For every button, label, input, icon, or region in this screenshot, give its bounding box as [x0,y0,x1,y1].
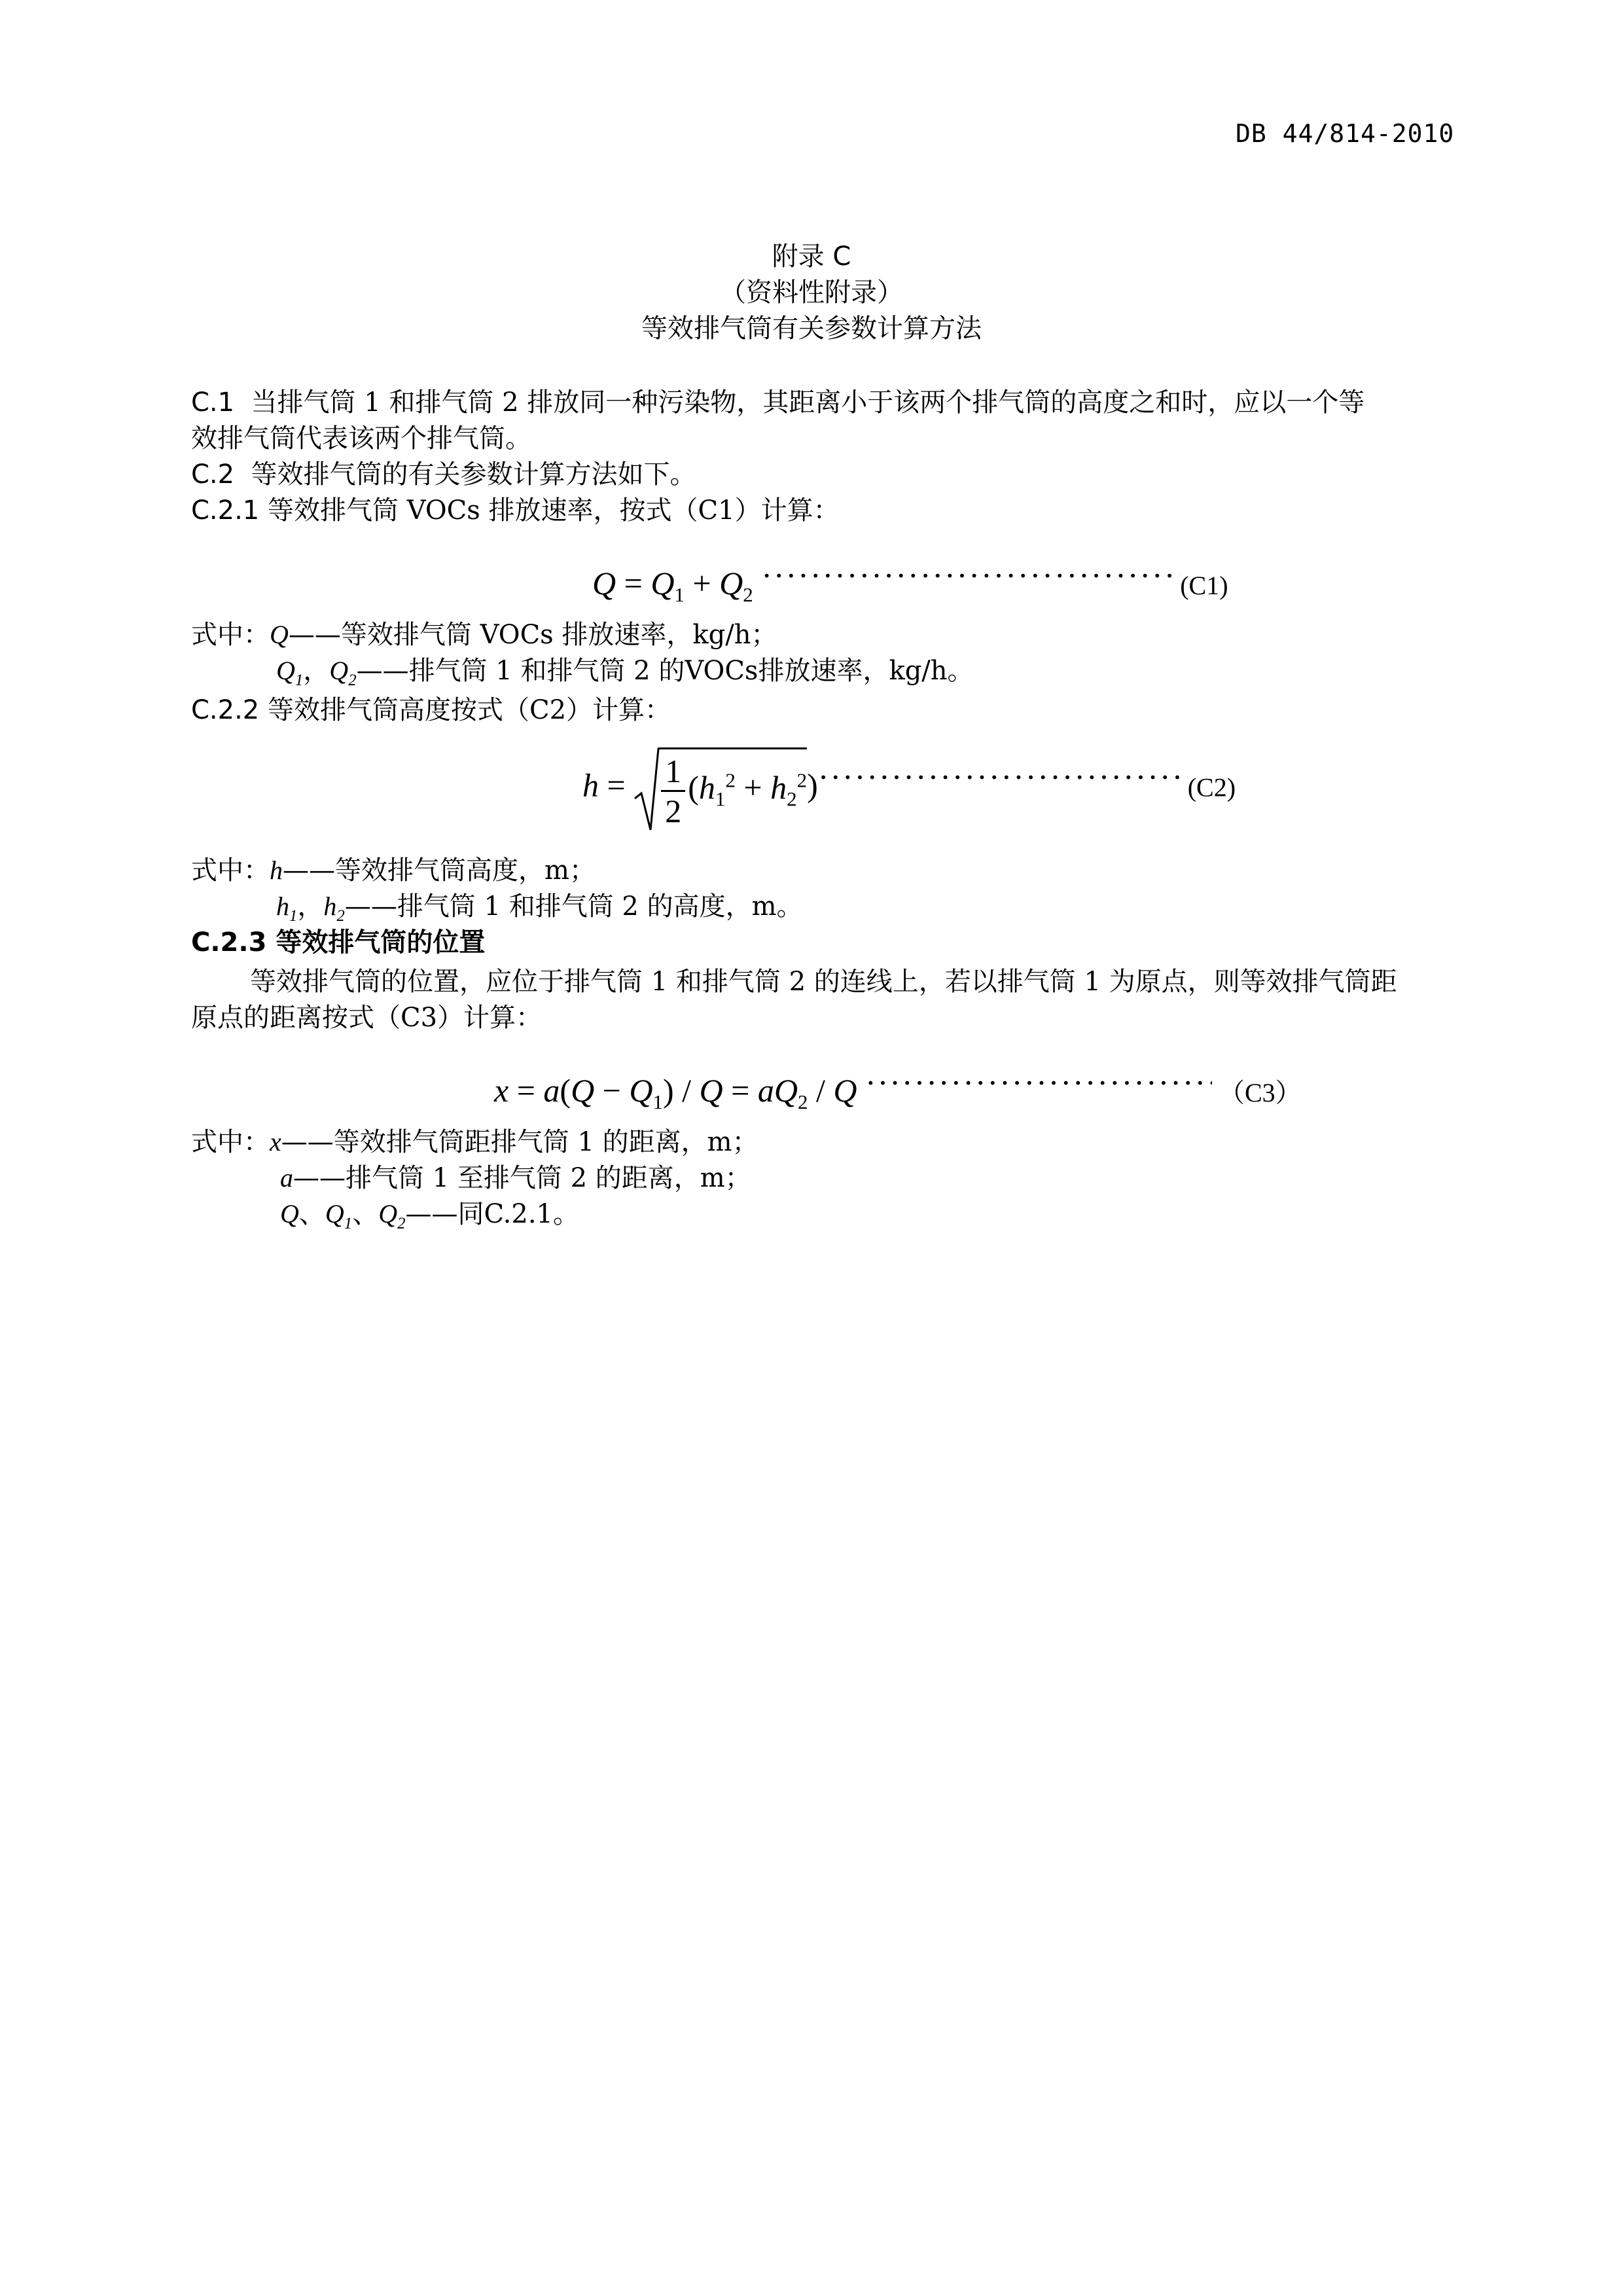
definition-subscript: 1 [295,672,303,689]
where-label: 式中： [191,620,270,650]
formula-subscript: 2 [787,787,797,810]
formula-superscript: 2 [797,768,808,791]
em-dash: —— [345,891,397,922]
section-label: C.1 [191,387,234,418]
formula-superscript: 2 [725,768,736,791]
section-c1-line1: C.1 当排气筒 1 和排气筒 2 排放同一种污染物，其距离小于该两个排气筒的高… [191,385,1364,420]
where-label: 式中： [191,855,270,886]
definition-subscript: 2 [336,907,344,925]
definition-subscript: 2 [348,672,356,689]
formula-operator: = [731,1072,749,1109]
formula-symbol: Q [571,1072,594,1109]
definition-q1-q2: Q1，Q2——排气筒 1 和排气筒 2 的VOCs排放速率，kg/h。 [276,653,974,698]
formula-symbol: Q [700,1072,723,1109]
definition-q: 式中：Q——等效排气筒 VOCs 排放速率，kg/h； [191,617,777,653]
section-c2: C.2 等效排气筒的有关参数计算方法如下。 [191,457,696,492]
definition-subscript: 1 [289,907,297,925]
section-c23-heading: C.2.3 等效排气筒的位置 [191,925,485,960]
formula-symbol: Q [651,565,674,601]
separator: 、 [299,1199,325,1229]
formula-c2: h = 1 2 (h12 + h22 ) ···················… [582,746,1236,831]
definition-symbol: a [280,1163,293,1193]
formula-symbol: a [543,1072,560,1109]
formula-subscript: 1 [652,1090,663,1113]
formula-subscript: 1 [674,583,685,606]
fraction-denominator: 2 [665,792,681,830]
definition-symbol: h [276,891,289,921]
definition-symbol: Q [270,620,289,649]
definition-symbol: Q [276,656,295,685]
formula-symbol: a [758,1072,774,1109]
section-label: C.2 [191,459,234,490]
definition-symbol: Q [329,656,348,685]
formula-symbol: Q [629,1072,652,1109]
formula-symbol: h [699,769,715,806]
definition-h: 式中：h——等效排气筒高度，m； [191,853,596,888]
equation-tag: （C3） [1219,1078,1302,1107]
definition-q-q1-q2: Q、Q1、Q2——同C.2.1。 [280,1196,579,1242]
formula-subscript: 2 [798,1090,808,1113]
definition-text: 排气筒 1 至排气筒 2 的距离，m； [346,1163,751,1193]
section-c1-line2: 效排气筒代表该两个排气筒。 [191,421,531,456]
section-label: C.2.3 [191,927,266,958]
paren: ( [560,1072,571,1109]
em-dash: —— [281,1127,334,1157]
section-c22: C.2.2 等效排气筒高度按式（C2）计算： [191,692,671,728]
paren: ) [807,766,818,803]
document-number: DB 44/814-2010 [1236,119,1454,148]
formula-symbol: Q [592,565,616,601]
equation-tag: (C2) [1188,772,1236,802]
equation-tag: (C1) [1180,571,1228,600]
leader-dots: ······································· [818,758,1188,796]
em-dash: —— [357,656,409,686]
leader-dots: ········································… [761,556,1180,594]
definition-text: 等效排气筒 VOCs 排放速率，kg/h； [341,620,777,650]
formula-subscript: 2 [743,583,753,606]
definition-symbol: h [323,891,336,921]
formula-symbol: Q [719,565,743,601]
section-text: 等效排气筒高度按式（C2）计算： [268,695,671,725]
section-label: C.2.2 [191,695,259,725]
definition-text: 同C.2.1。 [457,1199,579,1229]
definition-symbol: x [270,1127,281,1157]
where-label: 式中： [191,1127,270,1157]
formula-c1: Q = Q1 + Q2 ····························… [592,556,1228,607]
em-dash: —— [289,620,341,650]
paren: ) [663,1072,674,1109]
appendix-name: 等效排气筒有关参数计算方法 [0,308,1623,345]
square-root: 1 2 (h12 + h22 ) [633,746,818,831]
separator: ， [297,891,323,922]
definition-x: 式中：x——等效排气筒距排气筒 1 的距离，m； [191,1124,758,1160]
separator: 、 [352,1199,378,1229]
formula-symbol: Q [833,1072,857,1109]
section-text: 当排气筒 1 和排气筒 2 排放同一种污染物，其距离小于该两个排气筒的高度之和时… [251,387,1365,418]
section-text: 等效排气筒 VOCs 排放速率，按式（C1）计算： [268,495,840,526]
fraction-numerator: 1 [661,752,685,792]
formula-subscript: 1 [715,787,726,810]
section-label: C.2.1 [191,495,259,526]
definition-text: 等效排气筒高度，m； [335,855,596,886]
appendix-title: 附录 C [0,236,1623,273]
formula-c3: x = a(Q − Q1) / Q = aQ2 / Q ············… [494,1064,1302,1114]
formula-operator: = [624,565,643,601]
section-heading: 等效排气筒的位置 [276,927,485,958]
em-dash: —— [293,1163,346,1193]
definition-subscript: 1 [344,1215,352,1232]
definition-symbol: Q [325,1199,344,1229]
radical-sign-icon [633,746,660,831]
formula-symbol: h [582,766,599,803]
definition-a: a——排气筒 1 至排气筒 2 的距离，m； [280,1160,751,1196]
definition-subscript: 2 [397,1215,405,1232]
definition-text: 等效排气筒距排气筒 1 的距离，m； [334,1127,758,1157]
formula-operator: = [607,766,626,803]
formula-symbol: x [494,1072,508,1109]
section-c21: C.2.1 等效排气筒 VOCs 排放速率，按式（C1）计算： [191,493,840,528]
definition-symbol: h [270,855,283,885]
section-c23-para-line2: 原点的距离按式（C3）计算： [191,1000,542,1035]
leader-dots: ···································· [865,1064,1212,1102]
section-text: 等效排气筒的有关参数计算方法如下。 [251,459,696,490]
formula-symbol: Q [774,1072,798,1109]
em-dash: —— [405,1199,457,1229]
formula-operator: = [517,1072,535,1109]
em-dash: —— [283,855,335,886]
fraction: 1 2 [661,752,685,830]
formula-operator: + [692,565,711,601]
separator: ， [303,656,329,686]
definition-text: 排气筒 1 和排气筒 2 的高度，m。 [397,891,803,922]
definition-symbol: Q [280,1199,299,1229]
formula-symbol: h [770,769,787,806]
formula-operator: + [743,769,762,806]
section-c23-para-line1: 等效排气筒的位置，应位于排气筒 1 和排气筒 2 的连线上，若以排气筒 1 为原… [250,964,1397,999]
appendix-nature: （资料性附录） [0,272,1623,309]
formula-operator: − [603,1072,621,1109]
formula-operator: / [816,1072,825,1109]
definition-symbol: Q [378,1199,397,1229]
formula-operator: / [682,1072,691,1109]
paren: ( [688,769,699,806]
definition-text: 排气筒 1 和排气筒 2 的VOCs排放速率，kg/h。 [409,656,974,686]
